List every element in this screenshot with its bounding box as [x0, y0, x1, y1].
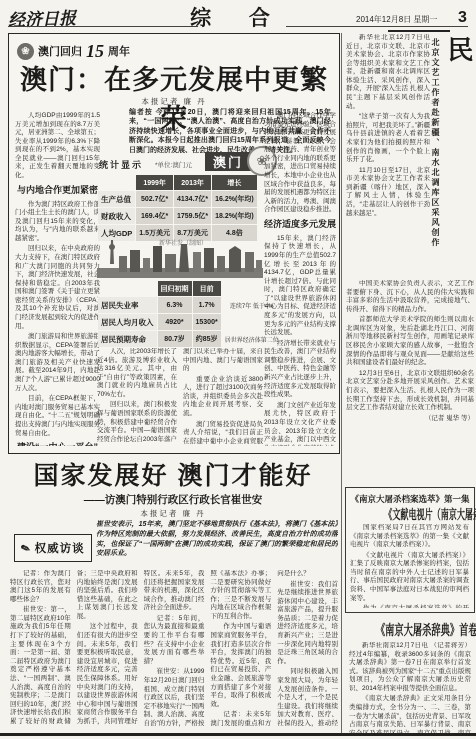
table-row-label: 生产总值 — [98, 191, 135, 207]
paragraph: 12月3日至6日，北京市文联组织60余名北京文艺家分赴多地开展采风创作。艺术家们… — [346, 370, 474, 413]
sidebar-vertical-subtitle: 北京文艺工作者赴新疆、南水北调库区采风创作 — [430, 38, 441, 276]
interview-subtitle: ——访澳门特别行政区行政长官崔世安 — [8, 492, 338, 507]
stats-label: 统计显示 — [99, 158, 143, 171]
interview-intro: 崔世安表示，15年来，澳门坚定不移地贯彻执行《基本法》，将澳门《基本法》作为特区… — [96, 520, 338, 566]
paragraph: 11月10日至17日，北京市美术家协会文艺工作者来到新疆（喀什）地区，深入了解风… — [346, 167, 430, 218]
macau-article-box: ❀ 澳门回归15周年 澳门：在多元发展中更繁荣 本报记者 廉 丹 编者按 今年1… — [8, 33, 340, 454]
table-empty-cell — [98, 281, 157, 296]
paragraph: 《文献电视片（南京大屠杀档案）》汇集了反映南京大屠杀惨案的档案，包括当时留在南京… — [350, 552, 469, 603]
paragraph: 人均GDP由1999年的1.5万美元增加到现在的8.7万美元，居亚洲第二、全球第… — [15, 112, 100, 181]
nanjing-box-body: 国家档案局7日在其官方网站发布《南京大屠杀档案选萃》的第一集《文献电视片（南京大… — [350, 524, 469, 608]
table-row-label: 居民失业率 — [98, 297, 157, 313]
article-columns-2-3: 人次，比2003年增长了近4倍。旅游及博彩业收入达316亿美元。其中，由于“自由… — [97, 348, 263, 448]
header-rule-left — [8, 26, 198, 27]
table-header-cell: 1999年 — [136, 175, 173, 190]
table-value-cell: 1.7% — [193, 297, 221, 313]
stats-unit-note: *单位:澳门元 — [155, 160, 192, 169]
table-header-cell: 回归初期 — [158, 281, 192, 296]
table-row-label: 财政收入 — [98, 208, 135, 224]
nanjing-dictionary-body: 新华社南京12月7日电 （记者蒋芳） 经过4年编纂，收录3600多词条的《南京大… — [349, 642, 471, 734]
header-rule-right — [286, 26, 468, 27]
paragraph: （记者 嵬华 等） — [346, 415, 474, 424]
table-value-cell: 6.3% — [158, 297, 192, 313]
paragraph: 15年来，澳门经济保持了快速增长，从1999年的生产总值502.7亿增长至201… — [264, 235, 336, 338]
paragraph: 国家档案局7日在其官方网站发布《南京大屠杀档案选萃》的第一集《文献电视片（南京大… — [350, 524, 469, 550]
page-number: 3 — [458, 9, 467, 27]
article-column-4: 澳门在区域合作中学习借鉴先进经验，区域合作为澳门带来更大的发展空间，科教、文创、… — [264, 112, 336, 446]
paragraph: 《南京大屠杀辞典》正文采用条目分类编排方式，全书分为一、二、三卷，第一卷为“大屠… — [349, 695, 471, 734]
interview-columns: 记者：作为澳门特区行政长官，您对澳门这5年的发展有哪些体会？崔世安：第一，第二届… — [10, 570, 338, 730]
paragraph: 澳门文创产业近年发展尤快，特区政府于2013年设立文化产业委员会、2013年设立… — [264, 402, 336, 446]
paragraph: 澳门在区域合作中学习借鉴先进经验，区域合作为澳门带来更大的发展空间，科教、文创、… — [264, 112, 336, 215]
table-row: 居民预期寿命80.7岁约85岁居世界经济体第二位 — [98, 331, 282, 347]
sidebar-divider — [341, 33, 342, 733]
table-empty-cell — [98, 175, 135, 190]
table-header-cell: 目前 — [193, 281, 221, 296]
table-row-label: 居民人均月收入 — [98, 314, 157, 330]
table-row: 居民失业率6.3%1.7%连续7年 低于4% — [98, 297, 282, 313]
badge-suffix: 周年 — [108, 43, 130, 59]
table-header-cell: 增长 — [212, 175, 257, 190]
paragraph: 中国美术家协会负责人表示，文艺工作者要俯下身、沉下心，从人民的伟大实践和丰富多彩… — [346, 280, 474, 314]
nanjing-dictionary-title: 《南京大屠杀辞典》首卷出版 — [345, 620, 474, 640]
nanjing-box-title: 《文献电视片（南京大屠杀档案）》 — [346, 504, 474, 523]
paragraph: 记者：作为澳门特区行政长官，您对澳门这5年的发展有哪些体会？ — [10, 570, 71, 604]
column-subhead: 经济适度多元发展 — [264, 219, 336, 231]
macau-skyline-illustration — [97, 238, 263, 278]
paragraph: 目前，在CEPA框架下，内地对澳门服务贸易已基本实现自由化。“十二五”规划明确提… — [15, 395, 100, 438]
stats-table-growth: 1999年2013年增长生产总值502.7亿*4134.7亿*16.2%(年均)… — [97, 174, 258, 242]
badge-label: 权威访谈 — [35, 540, 85, 556]
newspaper-page: 经济日报 综 合 2014年12月8日 星期一 3 ❀ 澳门回归15周年 澳门：… — [0, 0, 476, 739]
sidebar-article-bottom: 中国美术家协会负责人表示，文艺工作者要俯下身、沉下心，从人民的伟大实践和丰富多彩… — [346, 280, 474, 476]
table-value-cell: 502.7亿* — [136, 191, 173, 207]
interview-headline: 国家发展好 澳门才能好 — [8, 456, 338, 492]
column-subhead: 建设“一中心一平台” — [15, 442, 100, 446]
paragraph: 首都师范大学美术学院的师生则以南水北调库区为对象，先后赴湖北丹江口、河南淅川等地… — [346, 316, 474, 367]
table-row: 居民人均月收入4920*15300* — [98, 314, 282, 330]
nanjing-archives-box: 《南京大屠杀档案选萃》第一集 《文献电视片（南京大屠杀档案）》 国家档案局7日在… — [345, 487, 475, 613]
table-value-cell: 15300* — [193, 314, 221, 330]
pen-icon: ✎ — [19, 540, 33, 556]
table-value-cell: 4134.7亿* — [174, 191, 211, 207]
macau-brand-label: 澳门 — [205, 152, 251, 171]
table-value-cell: 1759.5亿* — [174, 208, 211, 224]
table-value-cell: 16.2%(年均) — [212, 191, 257, 207]
macau-lotus-icon: ❀ — [17, 43, 34, 60]
paragraph: 重要企业洽谈近3800人，进行了超过3100次商务洽谈，并组织委员会多次赴内地企… — [183, 376, 263, 419]
paragraph: 作为中国与葡语国家商贸服务平台，我们打造多层次合作平台，发挥澳门的独特优势。近5… — [210, 623, 271, 709]
table-value-cell: 80.7岁 — [158, 331, 192, 347]
table-value-cell: 18.2%(年均) — [212, 208, 257, 224]
interview-byline: 本报记者 廉 丹 — [8, 508, 338, 519]
table-value-cell: 4920* — [158, 314, 192, 330]
paragraph: 崔世安：我们首先是继续推进世界旅游休闲中心建设，丰富旅游产品，提升服务品质；二是… — [277, 581, 338, 667]
paragraph: 新华社北京12月7日电 近日，北京市文联、北京市美术家协会、北京市作家协会等组织… — [346, 34, 430, 111]
table-row: 生产总值502.7亿*4134.7亿*16.2%(年均) — [98, 191, 257, 207]
paragraph: 经济增长带来就业与民生改善，澳门产业结构调整稳步推进，会展、文创、中医药、特色金… — [264, 340, 336, 400]
sidebar-article-top: 新华社北京12月7日电 近日，北京市文联、北京市美术家协会、北京市作家协会等组织… — [346, 34, 430, 274]
table-value-cell: 约85岁 — [193, 331, 221, 347]
paragraph: 人次，比2003年增长了近4倍。旅游及博彩业收入达316亿美元。其中，由于“自由… — [97, 348, 177, 399]
paragraph: “这辈子第一次有人为我拍照片，可把我美坏了。”新疆乌什县前进镇的老人看着艺术家们… — [346, 113, 430, 164]
page-date: 2014年12月8日 星期一 — [356, 14, 437, 25]
sidebar-vertical-headline: 深入生活 扎根人民 — [441, 36, 476, 282]
stats-table-livelihood: 回归初期目前居民失业率6.3%1.7%连续7年 低于4%居民人均月收入4920*… — [97, 280, 283, 348]
authoritative-interview-badge: ✎ 权威访谈 — [14, 534, 92, 562]
paragraph: 新华社南京12月7日电 （记者蒋芳） 经过4年编纂，收录3600多词条的《南京大… — [349, 642, 471, 693]
paragraph: 作为《南京大屠杀档案选萃》的开篇，这些血写的档案为我们还原历史真相留下了铁的证据… — [350, 605, 469, 608]
main-byline: 本报记者 廉 丹 — [9, 96, 339, 107]
paragraph: 回归以来，在中央政府的大力支持下，在澳门特区政府和广大澳门同胞的共同努力下，澳门… — [15, 245, 100, 331]
table-row-label: 居民预期寿命 — [98, 331, 157, 347]
date-underline — [388, 30, 450, 32]
column-subhead: 与内地合作更加紧密 — [15, 185, 100, 197]
bottom-page-rule — [0, 733, 476, 736]
badge-prefix: 澳门回归 — [38, 43, 82, 59]
paragraph: 记者：5年间，您认为最直接和最重要的工作平台有哪些？在支持中小企业发展方面有哪些… — [144, 615, 205, 666]
paragraph: 澳门旅游局和世界旅游组织数据显示，CEPA签署后访澳内地游客大幅增长，带动了澳门… — [15, 333, 100, 393]
table-value-cell: 169.4亿* — [136, 208, 173, 224]
paragraph: 作为澳门特区政府工作部门小组土生土长的澳门人，谈及澳门回归15年来的变化，均认为… — [15, 201, 100, 244]
table-header-cell: 2013年 — [174, 175, 211, 190]
table-row: 财政收入169.4亿*1759.5亿*18.2%(年均) — [98, 208, 257, 224]
article-column-1: 人均GDP由1999年的1.5万美元增加到现在的8.7万美元，居亚洲第二、全球第… — [15, 112, 100, 446]
